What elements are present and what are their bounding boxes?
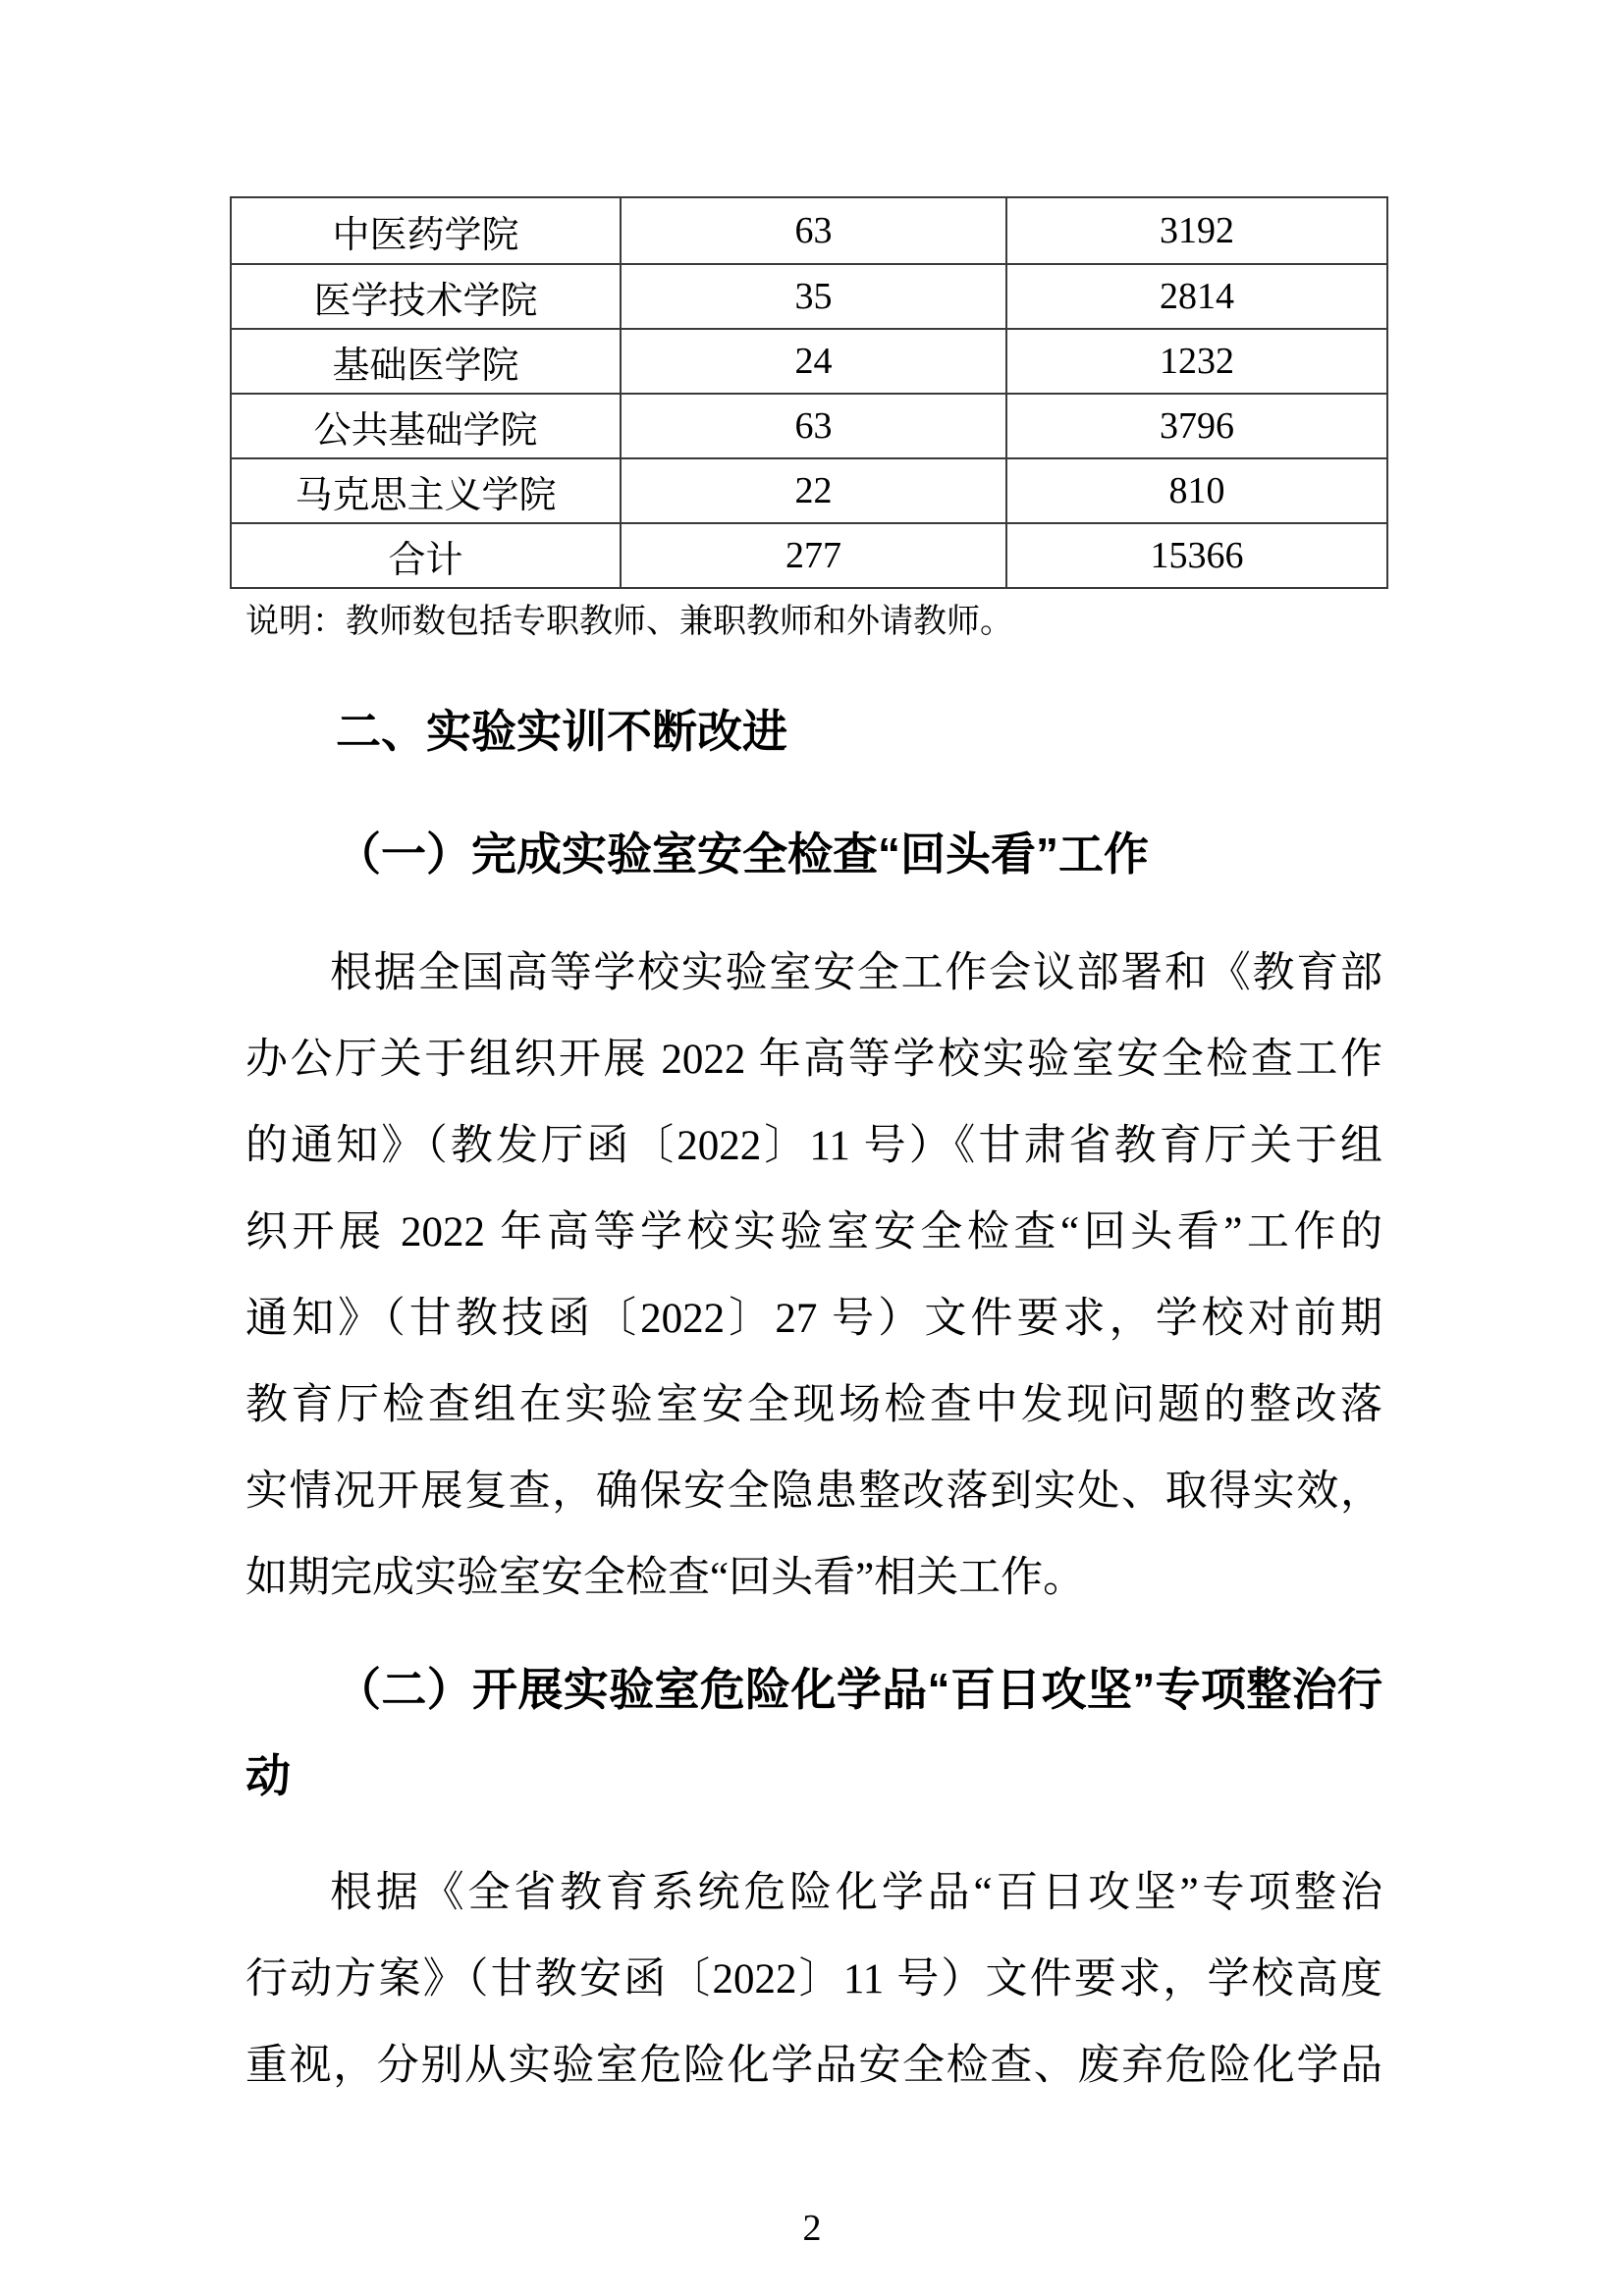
table-row: 公共基础学院 63 3796 [232, 393, 1386, 457]
cell-teacher-count: 63 [620, 395, 1005, 457]
cell-teacher-count: 35 [620, 265, 1005, 328]
subsection-heading-2: （二）开展实验室危险化学品“百日攻坚”专项整治行动 [245, 1646, 1382, 1819]
cell-teacher-count: 24 [620, 330, 1005, 393]
cell-student-count: 15366 [1005, 524, 1386, 587]
table-row: 医学技术学院 35 2814 [232, 263, 1386, 328]
table-note: 说明：教师数包括专职教师、兼职教师和外请教师。 [245, 601, 1013, 644]
table-row: 合计 277 15366 [232, 522, 1386, 587]
cell-student-count: 810 [1005, 459, 1386, 522]
cell-student-count: 3796 [1005, 395, 1386, 457]
text-line: 办公厅关于组织开展 2022 年高等学校实验室安全检查工作 [245, 1017, 1382, 1103]
cell-college-name: 基础医学院 [232, 330, 620, 393]
text-line: 根据全国高等学校实验室安全工作会议部署和《教育部 [245, 931, 1382, 1017]
cell-college-name: 马克思主义学院 [232, 459, 620, 522]
paragraph-1: 根据全国高等学校实验室安全工作会议部署和《教育部办公厅关于组织开展 2022 年… [245, 931, 1382, 1622]
text-line: 的通知》（教发厅函〔2022〕11 号）《甘肃省教育厅关于组 [245, 1103, 1382, 1190]
text-line: 重视，分别从实验室危险化学品安全检查、废弃危险化学品 [245, 2023, 1382, 2109]
cell-student-count: 3192 [1005, 198, 1386, 263]
table-row: 基础医学院 24 1232 [232, 328, 1386, 393]
paragraph-2: 根据《全省教育系统危险化学品“百日攻坚”专项整治行动方案》（甘教安函〔2022〕… [245, 1850, 1382, 2109]
text-line: 行动方案》（甘教安函〔2022〕11 号）文件要求，学校高度 [245, 1937, 1382, 2023]
subsection-heading-1: （一）完成实验室安全检查“回头看”工作 [245, 811, 1382, 897]
cell-college-name: 合计 [232, 524, 620, 587]
text-line: 实情况开展复查，确保安全隐患整改落到实处、取得实效， [245, 1449, 1382, 1535]
text-line: 根据《全省教育系统危险化学品“百日攻坚”专项整治 [245, 1850, 1382, 1937]
text-line: 织开展 2022 年高等学校实验室安全检查“回头看”工作的 [245, 1190, 1382, 1276]
cell-teacher-count: 22 [620, 459, 1005, 522]
cell-teacher-count: 277 [620, 524, 1005, 587]
cell-college-name: 公共基础学院 [232, 395, 620, 457]
page-number: 2 [0, 2201, 1624, 2256]
cell-college-name: 医学技术学院 [232, 265, 620, 328]
cell-student-count: 2814 [1005, 265, 1386, 328]
cell-student-count: 1232 [1005, 330, 1386, 393]
document-page: 中医药学院 63 3192 医学技术学院 35 2814 基础医学院 24 12… [0, 0, 1624, 2296]
heading-line: 动 [245, 1733, 1382, 1819]
table-row: 马克思主义学院 22 810 [232, 457, 1386, 522]
cell-teacher-count: 63 [620, 198, 1005, 263]
section-heading-2: 二、实验实训不断改进 [245, 688, 1382, 774]
text-line: 如期完成实验室安全检查“回头看”相关工作。 [245, 1535, 1382, 1622]
heading-line: （二）开展实验室危险化学品“百日攻坚”专项整治行 [245, 1646, 1382, 1733]
table-row: 中医药学院 63 3192 [232, 198, 1386, 263]
text-line: 教育厅检查组在实验室安全现场检查中发现问题的整改落 [245, 1362, 1382, 1449]
text-line: 通知》（甘教技函〔2022〕27 号）文件要求，学校对前期 [245, 1276, 1382, 1362]
cell-college-name: 中医药学院 [232, 198, 620, 263]
college-stats-table: 中医药学院 63 3192 医学技术学院 35 2814 基础医学院 24 12… [230, 196, 1388, 589]
